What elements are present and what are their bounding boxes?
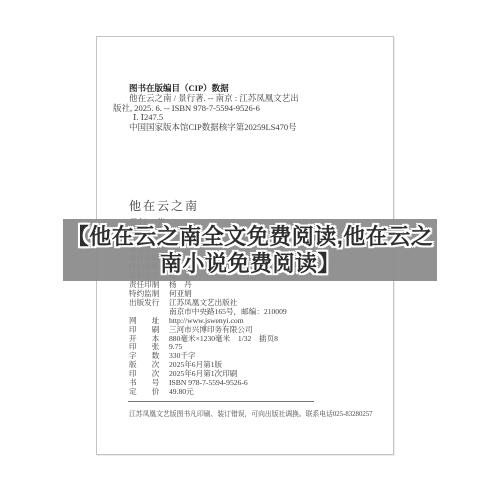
row-label: 定 价 (129, 388, 169, 397)
divider-line (128, 401, 314, 402)
seo-overlay-band: 【他在云之南全文免费阅读,他在云之 南小说免费阅读】 (63, 219, 437, 281)
row-value: 880毫米×1230毫米 1/32 插页8 (169, 335, 278, 344)
cip-line: 中国国家版本馆CIP数据核字第20259LS470号 (113, 123, 299, 133)
table-row: 定 价49.80元 (129, 388, 287, 397)
cip-block: 图书在版编目（CIP）数据 他在云之南 / 景行著. -- 南京 : 江苏凤凰文… (113, 84, 299, 133)
overlay-title-line-1: 【他在云之南全文免费阅读,他在云之 (67, 223, 434, 250)
overlay-title-line-2: 南小说免费阅读】 (160, 250, 340, 277)
misprint-notice: 江苏凤凰文艺版图书凡印刷、装订错误，可向出版社调换。联系电话025-832802… (129, 408, 373, 418)
book-title: 他在云之南 (129, 197, 199, 214)
row-label: 出版发行 (129, 299, 169, 308)
row-value: 49.80元 (169, 388, 194, 397)
